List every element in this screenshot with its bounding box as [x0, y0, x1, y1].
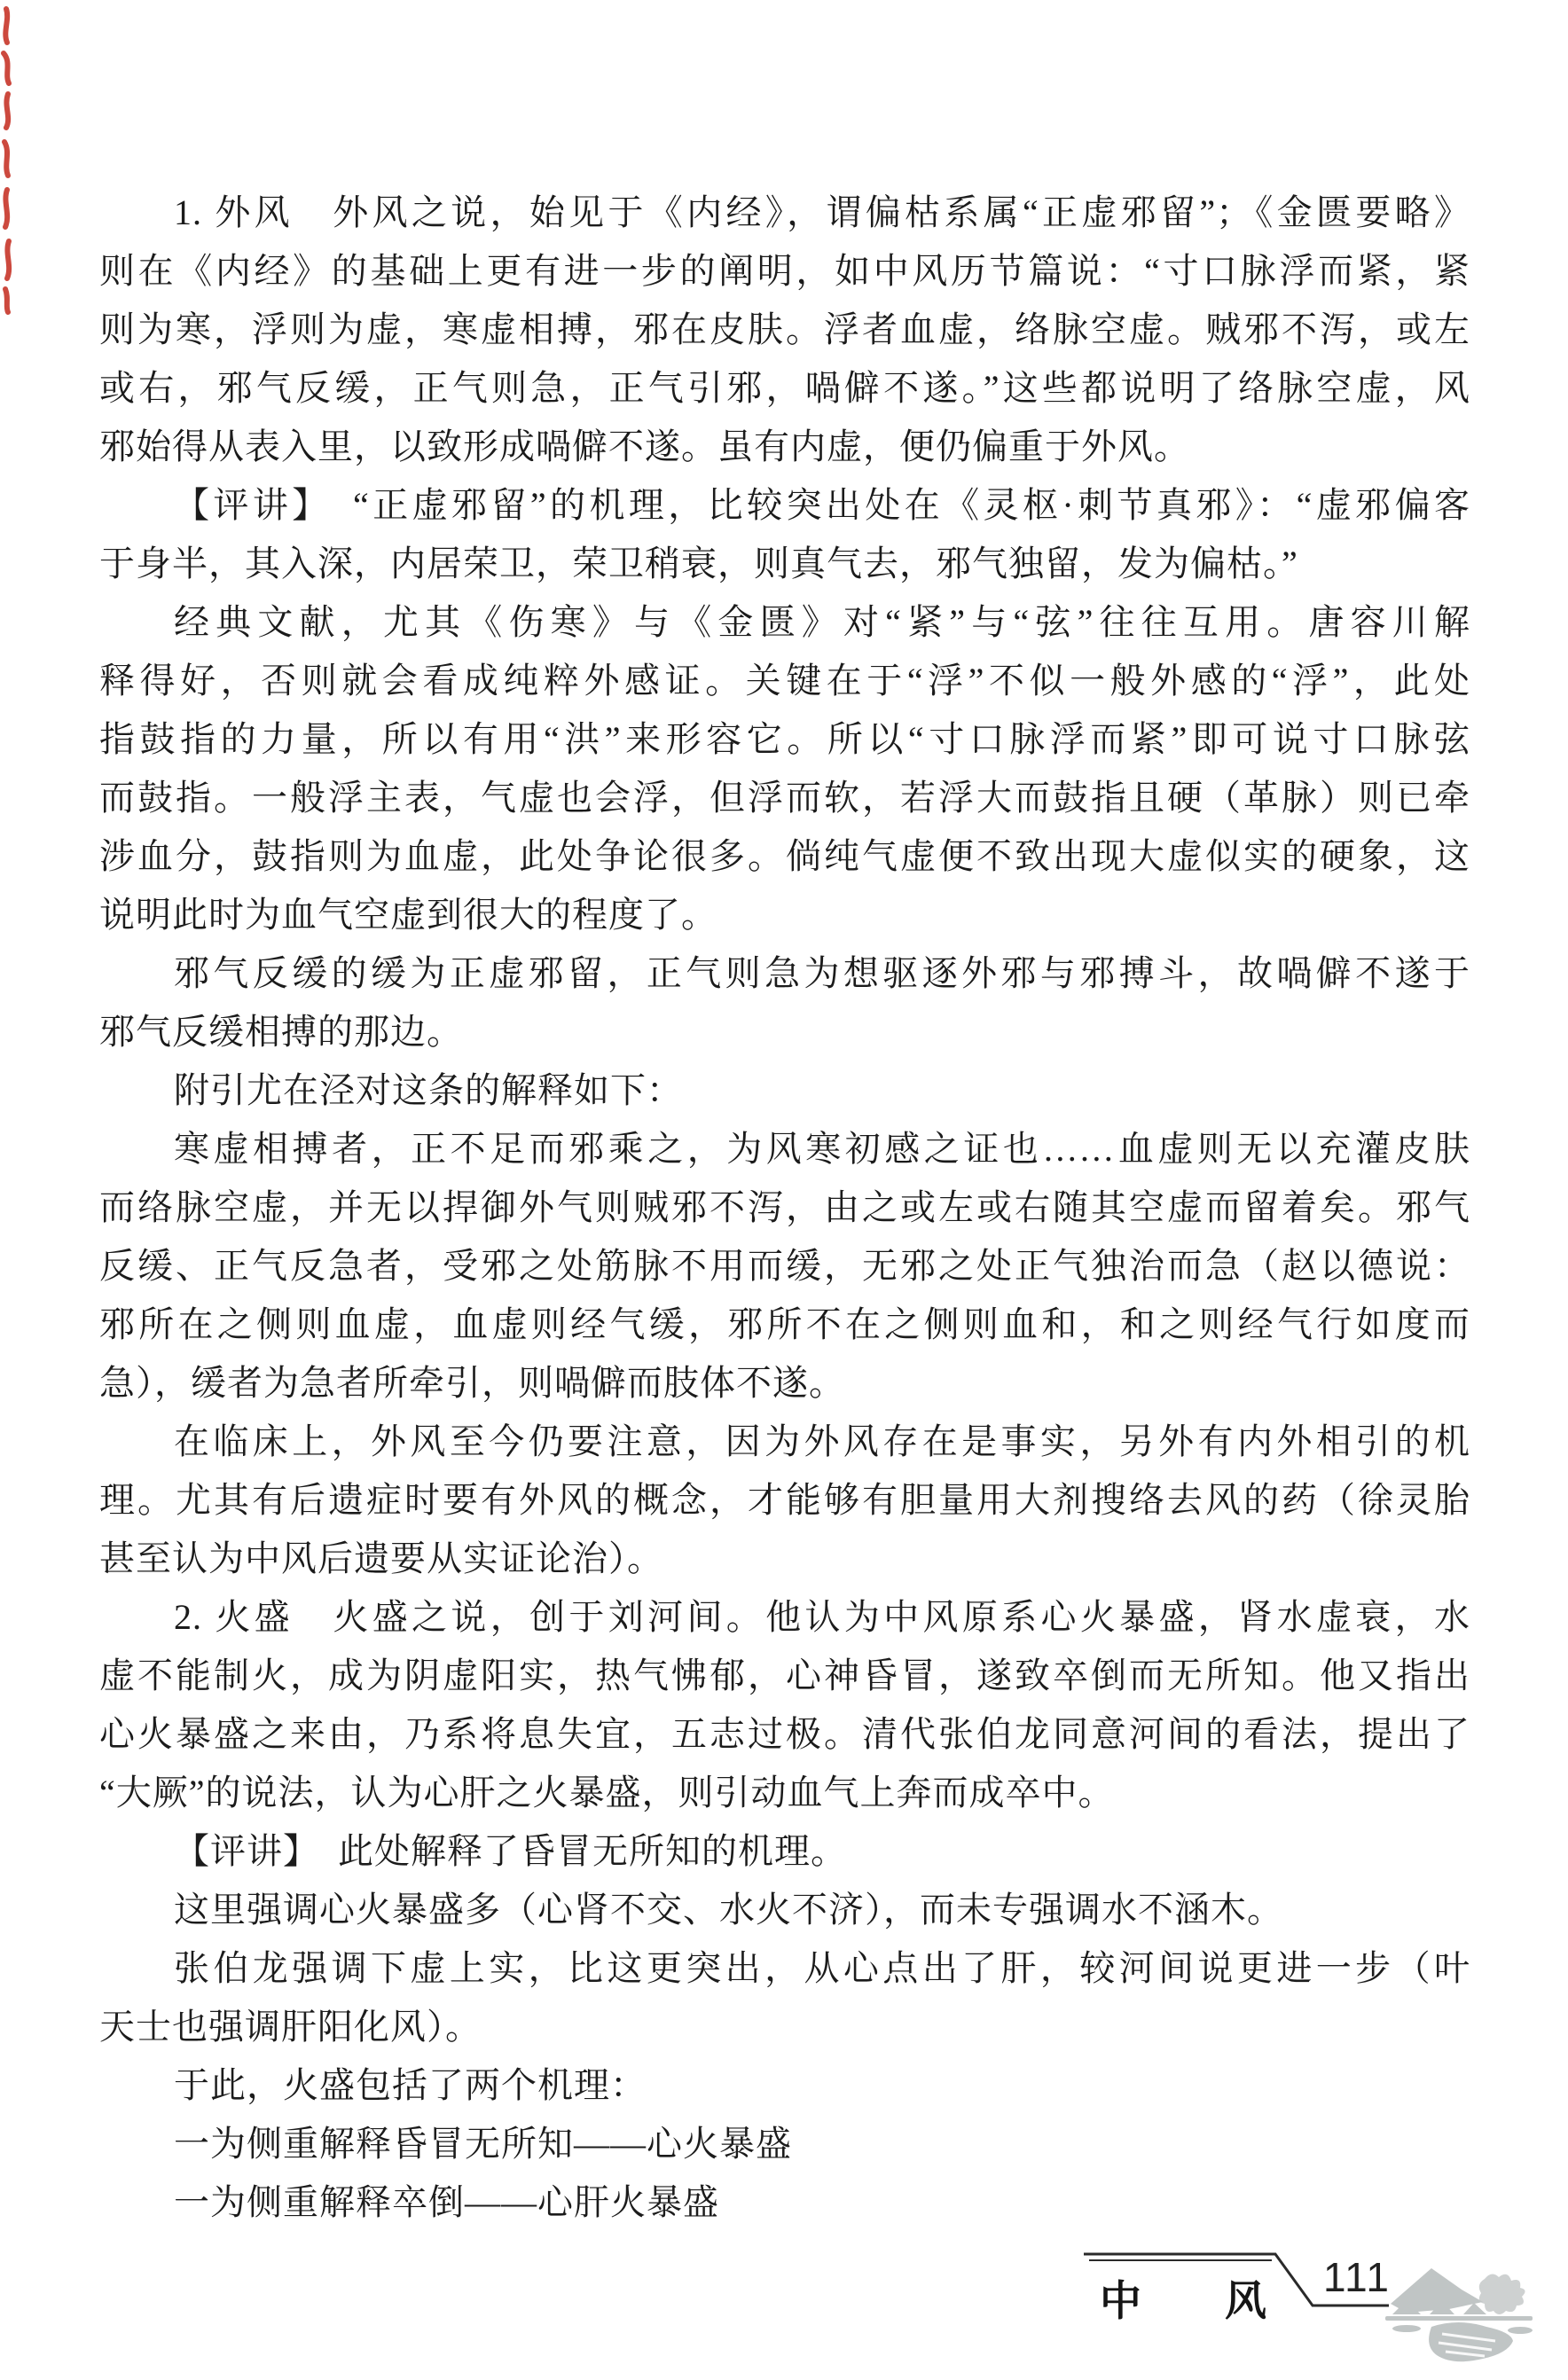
red-margin-marks-icon	[0, 0, 30, 319]
text-line: 则为寒，浮则为虚，寒虚相搏，邪在皮肤。浮者血虚，络脉空虚。贼邪不泻，或左	[99, 301, 1470, 359]
book-page: 1. 外风 外风之说，始见于《内经》，谓偏枯系属“正虚邪留”；《金匮要略》则在《…	[0, 0, 1568, 2380]
text-line: 2. 火盛 火盛之说，创于刘河间。他认为中风原系心火暴盛，肾水虚衰，水	[99, 1588, 1470, 1647]
text-line: 邪始得从表入里，以致形成喎僻不遂。虽有内虚，便仍偏重于外风。	[99, 418, 1470, 476]
text-line: 而络脉空虚，并无以捍御外气则贼邪不泻，由之或左或右随其空虚而留着矣。邪气	[99, 1178, 1470, 1237]
text-line: 虚不能制火，成为阴虚阳实，热气怫郁，心神昏冒，遂致卒倒而无所知。他又指出	[99, 1647, 1470, 1705]
text-line: 释得好，否则就会看成纯粹外感证。关键在于“浮”不似一般外感的“浮”，此处	[99, 652, 1470, 710]
text-line: 涉血分，鼓指则为血虚，此处争论很多。倘纯气虚便不致出现大虚似实的硬象，这	[99, 827, 1470, 886]
text-line: 1. 外风 外风之说，始见于《内经》，谓偏枯系属“正虚邪留”；《金匮要略》	[99, 184, 1470, 242]
text-line: 邪气反缓相搏的那边。	[99, 1003, 1470, 1061]
text-line: 一为侧重解释昏冒无所知——心火暴盛	[99, 2115, 1470, 2173]
text-line: 一为侧重解释卒倒——心肝火暴盛	[99, 2173, 1470, 2232]
text-line: 说明此时为血气空虚到很大的程度了。	[99, 886, 1470, 944]
footer-section-title: 中 风	[1100, 2268, 1266, 2328]
text-line: 心火暴盛之来由，乃系将息失宜，五志过极。清代张伯龙同意河间的看法，提出了	[99, 1705, 1470, 1764]
text-line: 或右，邪气反缓，正气则急，正气引邪，喎僻不遂。”这些都说明了络脉空虚，风	[99, 359, 1470, 418]
text-line: “大厥”的说法，认为心肝之火暴盛，则引动血气上奔而成卒中。	[99, 1764, 1470, 1822]
text-line: 于此，火盛包括了两个机理：	[99, 2056, 1470, 2115]
text-line: 附引尤在泾对这条的解释如下：	[99, 1061, 1470, 1120]
text-line: 则在《内经》的基础上更有进一步的阐明，如中风历节篇说：“寸口脉浮而紧，紧	[99, 242, 1470, 301]
text-line: 急），缓者为急者所牵引，则喎僻而肢体不遂。	[99, 1354, 1470, 1413]
text-line: 而鼓指。一般浮主表，气虚也会浮，但浮而软，若浮大而鼓指且硬（革脉）则已牵	[99, 769, 1470, 827]
text-line: 经典文献，尤其《伤寒》与《金匮》对“紧”与“弦”往往互用。唐容川解	[99, 593, 1470, 652]
seal-stamp-icon	[1380, 2252, 1548, 2368]
text-line: 张伯龙强调下虚上实，比这更突出，从心点出了肝，较河间说更进一步（叶	[99, 1939, 1470, 1998]
text-line: 邪所在之侧则血虚，血虚则经气缓，邪所不在之侧则血和，和之则经气行如度而	[99, 1296, 1470, 1354]
text-line: 天士也强调肝阳化风）。	[99, 1998, 1470, 2056]
text-line: 理。尤其有后遗症时要有外风的概念，才能够有胆量用大剂搜络去风的药（徐灵胎	[99, 1471, 1470, 1530]
text-line: 于身半，其入深，内居荣卫，荣卫稍衰，则真气去，邪气独留，发为偏枯。”	[99, 535, 1470, 593]
text-line: 这里强调心火暴盛多（心肾不交、水火不济），而未专强调水不涵木。	[99, 1881, 1470, 1939]
text-line: 在临床上，外风至今仍要注意，因为外风存在是事实，另外有内外相引的机	[99, 1413, 1470, 1471]
text-line: 邪气反缓的缓为正虚邪留，正气则急为想驱逐外邪与邪搏斗，故喎僻不遂于	[99, 944, 1470, 1003]
text-line: 【评讲】 “正虚邪留”的机理，比较突出处在《灵枢·刺节真邪》：“虚邪偏客	[99, 476, 1470, 535]
text-line: 寒虚相搏者，正不足而邪乘之，为风寒初感之证也……血虚则无以充灌皮肤	[99, 1120, 1470, 1178]
text-line: 【评讲】 此处解释了昏冒无所知的机理。	[99, 1822, 1470, 1881]
text-line: 反缓、正气反急者，受邪之处筋脉不用而缓，无邪之处正气独治而急（赵以德说：	[99, 1237, 1470, 1296]
text-line: 指鼓指的力量，所以有用“洪”来形容它。所以“寸口脉浮而紧”即可说寸口脉弦	[99, 710, 1470, 769]
text-block: 1. 外风 外风之说，始见于《内经》，谓偏枯系属“正虚邪留”；《金匮要略》则在《…	[99, 184, 1470, 2232]
text-line: 甚至认为中风后遗要从实证论治）。	[99, 1530, 1470, 1588]
